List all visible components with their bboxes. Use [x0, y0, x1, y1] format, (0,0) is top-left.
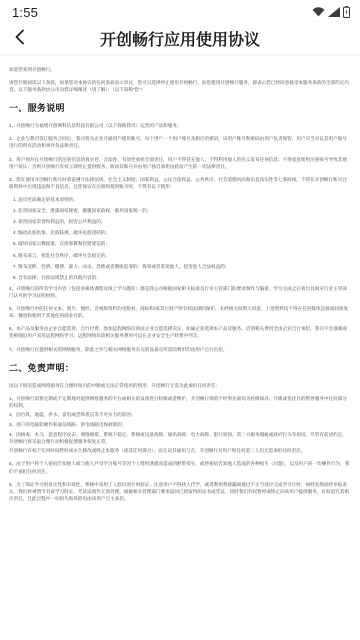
- service-item: 3、您在使用开创畅行账号时承诺遵守法律法规、社会主义制度、国家利益、公民合法权益…: [9, 176, 351, 190]
- disclaimer-item: 6、为了保证学习的真实性和有效性，系统中采用了人脸识别计时验证。注意用户不得找人…: [9, 481, 351, 502]
- prohibited-item: 6. 散布谣言，扰乱社会秩序，破坏社会稳定的；: [13, 252, 351, 259]
- prohibited-item: 3. 损害国家荣誉和利益的，损害公共利益的；: [13, 218, 351, 225]
- prohibited-item: 4. 煽动民族仇恨、民族歧视，破坏民族团结的；: [13, 229, 351, 236]
- section-title-disclaimer: 二、免责声明：: [9, 362, 351, 376]
- prohibited-item: 8. 含有法律、行政法规禁止的其他内容的；: [13, 274, 351, 281]
- service-item: 4、开创畅行的所有学习内容（包括多媒体课程及线上学习题库）都是我公司根据国家相关…: [9, 285, 351, 299]
- section-title-service: 一、服务说明: [9, 102, 351, 116]
- service-item: 5、开创畅行中的任何文本、图片、图形、音视频资料均受版权、商标和/或其它财产所有…: [9, 305, 351, 319]
- service-item: 7、开创畅行仅提供相关的网络服务，除此之外与相关网络服务有关的设备及所需的费用均…: [9, 346, 351, 353]
- page-title: 开创畅行应用使用协议: [40, 27, 320, 50]
- back-button[interactable]: [14, 28, 34, 48]
- prohibited-item: 5. 破坏国家宗教政策，宣扬邪教和封建迷信的；: [13, 240, 351, 247]
- intro-paragraph: 请您仔细阅读以下条款，如果您对本协议的任何条款表示异议，您可以选择停止使用开创畅…: [9, 79, 351, 93]
- service-item: 2、用户须对在开创畅行的注册信息的真实性、合法性、有效性承担全部责任，用户不得冒…: [9, 156, 351, 170]
- prohibited-item: 7. 散布淫秽、色情、赌博、暴力、凶杀、恐怖或者教唆犯罪的；侮辱或者诽谤他人，侵…: [13, 263, 351, 270]
- prohibited-item: 1. 违反宪法确定的基本原则的；: [13, 196, 351, 203]
- chevron-left-icon: [14, 29, 25, 48]
- disclaimer-intro: 因以下情况造成网络服务在合理时间内的中断或无法正常使用的情形，开创畅行无需为此承…: [9, 382, 351, 389]
- prohibited-list: 1. 违反宪法确定的基本原则的； 2. 危害国家安全，泄露国家秘密，颠覆国家政权…: [9, 196, 351, 281]
- battery-icon: [343, 6, 350, 18]
- service-item: 1、开创畅行为福建开创网科信息科技有限公司（以下简称我司）运营的产品和服务。: [9, 122, 351, 129]
- status-time: 1:55: [12, 5, 38, 20]
- disclaimer-item: 5、由于用户将个人密码告知他人或与他人共享学习账号等因个人资料泄露而造成的附带损…: [9, 460, 351, 474]
- app-bar: 开创畅行应用使用协议: [0, 22, 360, 54]
- status-icons: [312, 6, 350, 18]
- disclaimer-item: 1、开创畅行需要定期或不定期地对提供网络服务的平台或相关的设备进行检修或者维护，…: [9, 395, 351, 409]
- disclaimer-item: 开创畅行有权于任何时间暂时或永久修改或终止本服务（或其任何部分），而无论其通知与…: [9, 447, 351, 454]
- disclaimer-item: 4、因病毒、木马、恶意程序攻击、网络拥堵、系统不稳定、系统或设备故障、通讯故障、…: [9, 431, 351, 445]
- agreement-document[interactable]: 欢迎您来到开创畅行。 请您仔细阅读以下条款，如果您对本协议的任何条款表示异议，您…: [0, 54, 360, 502]
- disclaimer-item: 2、因台风、地震、洪水、雷电或恐怖袭击等不可抗力的原因；: [9, 411, 351, 418]
- wifi-icon: [312, 7, 325, 17]
- status-bar: 1:55: [0, 0, 360, 22]
- disclaimer-item: 3、用户的电脑软硬件和通信线路、供电线路出现故障的；: [9, 421, 351, 428]
- welcome-line: 欢迎您来到开创畅行。: [9, 66, 351, 73]
- prohibited-item: 2. 危害国家安全，泄露国家秘密，颠覆国家政权，破坏国家统一的；: [13, 207, 351, 214]
- service-item: 6、本产品及服务由企业自愿选择、自行付费，参加远程网络培训由企业自愿选择决定，如…: [9, 325, 351, 339]
- app-screen: 1:55: [0, 0, 360, 640]
- cellular-signal-icon: [328, 7, 340, 17]
- service-item: 2、企业与我司签订服务合同后，我司将为企业开通用户使用账号，每个用户一个用户账号…: [9, 135, 351, 149]
